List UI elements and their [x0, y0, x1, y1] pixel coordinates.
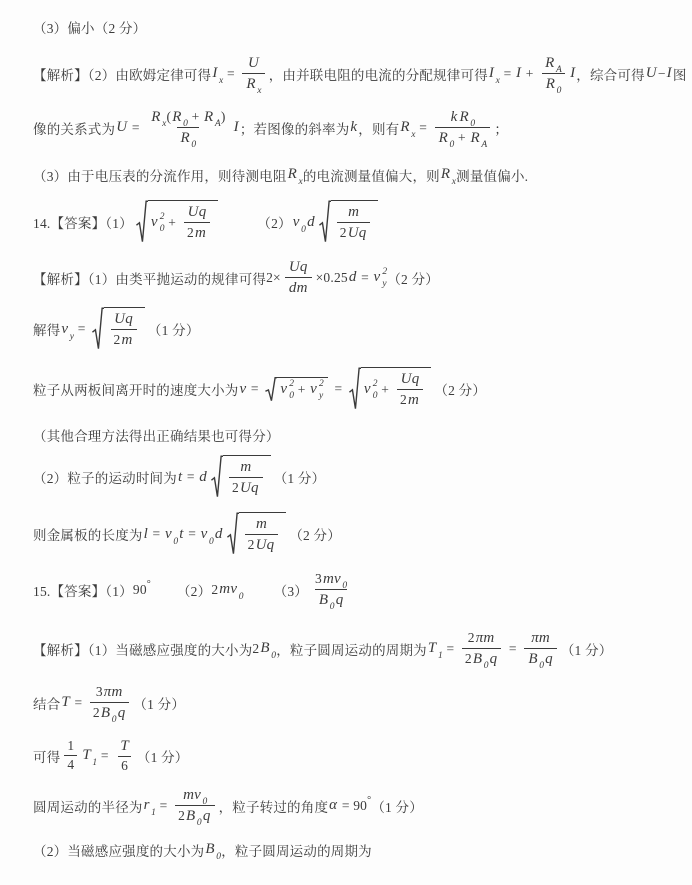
text-run: （3）由于电压表的分流作用，则待测电阻 [33, 165, 287, 185]
math-subscripted-variable: Rx [399, 119, 415, 136]
math-variable: Uq [113, 310, 134, 328]
math-subscripted-variable: B0 [527, 650, 544, 668]
q13-analysis-part2: 【解析】（2）由欧姆定律可得Ix = URx，由并联电阻的电流的分配规律可得Ix… [33, 53, 676, 94]
q15-answer: 15.【答案】（1）90°（2）2mv0（3）3mv0B0q [33, 569, 676, 610]
text-run: 则金属板的长度为 [33, 524, 143, 544]
math-fraction: m2Uq [337, 202, 371, 243]
math-variable: I [569, 65, 576, 82]
text-run: = [183, 469, 198, 485]
math-variable: I [666, 65, 673, 82]
math-fraction: Uq2m [184, 202, 211, 243]
text-run: + [188, 109, 203, 125]
math-variable: Uq [187, 203, 208, 221]
radical-sign-icon [319, 200, 331, 244]
math-fraction: 2πm2B0q [462, 628, 501, 669]
math-variable: Uq [400, 370, 421, 388]
text-run: ×0.25 [316, 270, 348, 286]
math-subscripted-variable: Ix [488, 65, 500, 82]
math-subscripted-variable: B0 [185, 807, 202, 825]
q13-part3-answer: （3）偏小（2 分） [33, 16, 676, 37]
text-run: 2 [248, 537, 255, 553]
math-subscripted-variable: R0 [459, 108, 476, 126]
text-run: 的电流测量值偏大，则 [303, 165, 440, 185]
math-subscripted-variable: vy [60, 321, 74, 338]
q15-part2-intro: （2）当磁感应强度的大小为B0，粒子圆周运动的周期为 [33, 839, 676, 860]
text-run: 1 [67, 738, 74, 754]
math-variable: m [407, 391, 420, 409]
math-variable: d [348, 269, 358, 286]
math-variable: d [306, 214, 316, 231]
text-run: = [156, 798, 171, 814]
text-run: （2）当磁感应强度的大小为 [33, 840, 204, 860]
math-variable: m [239, 458, 252, 476]
text-run: 【解析】（1）当磁感应强度的大小为 [33, 639, 252, 659]
math-fraction: Uq2m [110, 309, 137, 350]
text-run: （其他合理方法得出正确结果也可得分） [33, 425, 280, 445]
math-variable: T [60, 694, 71, 711]
math-variable: k [450, 108, 459, 126]
math-fraction: T6 [116, 736, 133, 775]
math-subscripted-variable: Rx [245, 75, 261, 93]
math-variable: q [202, 807, 212, 825]
math-sqrt: m2Uq [227, 512, 287, 556]
text-run: ，综合可得 [576, 64, 645, 84]
math-fraction: m2Uq [245, 514, 279, 555]
math-variable: I [233, 119, 240, 136]
text-run: + [294, 382, 309, 398]
math-sqrt: Uq2m [92, 307, 145, 351]
q15-combine-period: 结合T = 3πm2B0q（1 分） [33, 682, 676, 723]
gap [244, 589, 274, 590]
math-variable: U [115, 119, 128, 136]
gap [151, 589, 177, 590]
math-sub-sup-variable: v20 [363, 379, 378, 401]
text-run: 2 [114, 332, 121, 348]
gap [221, 222, 257, 223]
radical-sign-icon [265, 377, 277, 402]
text-run: （1 分） [371, 796, 423, 816]
math-sub-sup-variable: v2y [309, 379, 324, 401]
math-variable: πm [530, 629, 551, 647]
math-subscripted-variable: v0 [292, 214, 306, 231]
math-variable: Uq [255, 536, 276, 554]
radical-sign-icon [136, 200, 148, 244]
text-run: = [358, 270, 373, 286]
q14-solve-vy: 解得vy = Uq2m（1 分） [33, 307, 676, 351]
text-run: 2 [93, 705, 100, 721]
math-variable: dm [288, 279, 309, 297]
text-run: 2 [400, 392, 407, 408]
math-subscripted-variable: T1 [81, 747, 97, 764]
math-fraction: Uqdm [285, 257, 312, 298]
math-fraction: Rx(R0 + RA)R0 [147, 107, 228, 148]
math-variable: πm [103, 683, 124, 701]
text-run: （2） [257, 212, 291, 232]
radical-sign-icon [92, 307, 104, 351]
answer-key-document-page: （3）偏小（2 分） 【解析】（2）由欧姆定律可得Ix = URx，由并联电阻的… [0, 0, 692, 885]
text-run: + [454, 130, 469, 146]
math-subscripted-variable: B0 [204, 841, 221, 858]
text-run: = [128, 120, 143, 136]
math-fraction: 3πm2B0q [90, 682, 129, 723]
math-superscript: ° [367, 795, 371, 806]
text-run: 90 [133, 582, 147, 598]
math-fraction: m2Uq [229, 457, 263, 498]
text-run: 可得 [33, 746, 60, 766]
math-fraction: RAR0 [541, 53, 565, 94]
math-fraction: πmB0q [524, 628, 557, 669]
text-run: = [416, 120, 431, 136]
text-run: 3 [96, 684, 103, 700]
math-sub-sup-variable: v20 [279, 379, 294, 401]
math-subscripted-variable: T1 [427, 640, 443, 657]
text-run: （2 分） [434, 379, 486, 399]
math-variable: Uq [239, 479, 260, 497]
q14-part2-motion-time: （2）粒子的运动时间为t = dm2Uq（1 分） [33, 455, 676, 499]
math-sqrt: v20 + Uq2m [349, 367, 432, 411]
text-run: + [378, 382, 393, 398]
math-subscripted-variable: mv0 [218, 581, 243, 598]
math-variable: Uq [347, 224, 368, 242]
text-run: （2 分） [289, 524, 341, 544]
text-run: = [331, 381, 346, 397]
math-fraction: mv02B0q [175, 785, 214, 826]
math-fraction: Uq2m [397, 369, 424, 410]
math-sqrt: m2Uq [211, 455, 271, 499]
text-run: 2 [211, 582, 218, 598]
text-run: （3） [274, 580, 308, 600]
q14-plate-length: 则金属板的长度为l = v0t = v0dm2Uq（2 分） [33, 512, 676, 556]
text-run: = [185, 526, 200, 542]
text-run: （1 分） [133, 693, 185, 713]
text-run: （1 分） [561, 639, 613, 659]
text-run: 圆周运动的半径为 [33, 796, 143, 816]
math-sub-sup-variable: v20 [150, 212, 165, 234]
text-run: 6 [121, 758, 128, 774]
radical-sign-icon [211, 455, 223, 499]
math-variable: T [119, 737, 130, 755]
math-variable: U [247, 54, 260, 72]
math-fraction: 3mv0B0q [312, 569, 350, 610]
radical-sign-icon [227, 512, 239, 556]
math-variable: q [544, 650, 554, 668]
text-run: （3）偏小（2 分） [33, 17, 146, 37]
text-run: 4 [67, 757, 74, 773]
math-subscripted-variable: Rx [287, 166, 303, 183]
text-run: （2） [177, 580, 211, 600]
text-run: ，由并联电阻的电流的分配规律可得 [269, 64, 488, 84]
math-subscripted-variable: B0 [472, 650, 489, 668]
math-variable: q [489, 650, 499, 668]
q13-analysis-part2-continued: 像的关系式为U = Rx(R0 + RA)R0I；若图像的斜率为k，则有Rx =… [33, 107, 676, 148]
text-run: = [443, 641, 458, 657]
math-superscript: ° [147, 579, 151, 590]
q13-analysis-part3: （3）由于电压表的分流作用，则待测电阻Rx的电流测量值偏大，则Rx测量值偏小. [33, 164, 676, 185]
text-run: + [165, 215, 180, 231]
math-variable: α [328, 797, 338, 814]
q15-quarter-period-relation: 可得14T1 = T6（1 分） [33, 736, 676, 775]
math-fraction: URx [242, 53, 264, 94]
text-run: 【解析】（2）由欧姆定律可得 [33, 64, 211, 84]
text-run: 解得 [33, 319, 60, 339]
text-run: − [658, 66, 666, 82]
math-variable: Uq [288, 258, 309, 276]
math-subscripted-variable: B0 [100, 704, 117, 722]
text-run: 14.【答案】（1） [33, 212, 133, 232]
q14-alternative-note: （其他合理方法得出正确结果也可得分） [33, 424, 676, 445]
text-run: （1 分） [137, 746, 189, 766]
math-subscripted-variable: v0 [200, 526, 214, 543]
text-run: 2 [252, 641, 259, 657]
text-run: 2 [187, 225, 194, 241]
text-run: 2 [340, 225, 347, 241]
text-run: 测量值偏小. [456, 165, 528, 185]
text-run: = [500, 66, 515, 82]
text-run: ，则有 [358, 118, 399, 138]
math-variable: U [645, 65, 658, 82]
text-run: 2 [178, 808, 185, 824]
q15-analysis-part1-period: 【解析】（1）当磁感应强度的大小为2B0，粒子圆周运动的周期为T1 = 2πm2… [33, 628, 676, 669]
math-subscripted-variable: r1 [143, 797, 157, 814]
math-variable: d [198, 469, 208, 486]
math-subscripted-variable: R0 [545, 75, 562, 93]
math-subscripted-variable: R0 [180, 129, 197, 147]
text-run: 15.【答案】（1） [33, 580, 133, 600]
text-run: = [71, 695, 86, 711]
text-run: = [247, 381, 262, 397]
text-run: （2 分） [387, 268, 439, 288]
text-run: 90 [353, 798, 367, 814]
math-variable: m [194, 224, 207, 242]
math-subscripted-variable: RA [544, 54, 562, 72]
q15-radius-and-angle: 圆周运动的半径为r1 = mv02B0q，粒子转过的角度α = 90°（1 分） [33, 785, 676, 826]
math-variable: πm [475, 629, 496, 647]
text-run: 结合 [33, 693, 60, 713]
math-subscripted-variable: RA [469, 129, 487, 147]
text-run: ，粒子圆周运动的周期为 [276, 639, 427, 659]
math-subscripted-variable: R0 [438, 129, 455, 147]
text-run: 2× [266, 270, 281, 286]
text-run: （1 分） [148, 319, 200, 339]
math-subscripted-variable: Rx [150, 108, 166, 126]
math-sqrt: v20 + Uq2m [136, 200, 219, 244]
text-run: ，粒子转过的角度 [219, 796, 329, 816]
math-variable: m [255, 515, 268, 533]
text-run: = [223, 66, 238, 82]
text-run: ，粒子圆周运动的周期为 [221, 840, 372, 860]
text-run: + [522, 66, 537, 82]
text-run: （2）粒子的运动时间为 [33, 467, 177, 487]
text-run: 3 [315, 571, 322, 587]
text-run: 粒子从两板间离开时的速度大小为 [33, 379, 239, 399]
math-variable: k [349, 119, 358, 136]
q14-analysis-part1: 【解析】（1）由类平抛运动的规律可得2×Uqdm×0.25d = v2y（2 分… [33, 257, 676, 298]
text-run: 像的关系式为 [33, 118, 115, 138]
math-sqrt: m2Uq [319, 200, 379, 244]
math-subscripted-variable: mv0 [182, 786, 207, 804]
math-subscripted-variable: R0 [171, 108, 188, 126]
math-subscripted-variable: B0 [318, 591, 335, 609]
text-run: 2 [465, 651, 472, 667]
text-run: 图 [673, 64, 687, 84]
math-subscripted-variable: mv0 [322, 570, 347, 588]
text-run: 【解析】（1）由类平抛运动的规律可得 [33, 268, 266, 288]
text-run: ；若图像的斜率为 [240, 118, 350, 138]
math-sub-sup-variable: v2y [373, 267, 388, 289]
math-fraction: 14 [64, 737, 77, 774]
math-subscripted-variable: v0 [164, 526, 178, 543]
text-run: ) [221, 109, 226, 125]
math-variable: v [239, 381, 248, 398]
q14-answer: 14.【答案】（1）v20 + Uq2m（2）v0dm2Uq [33, 200, 676, 244]
math-fraction: kR0R0 + RA [435, 107, 491, 148]
text-run: （1 分） [274, 467, 326, 487]
text-run: ； [494, 118, 508, 138]
text-run: 2 [232, 480, 239, 496]
math-subscripted-variable: RA [203, 108, 221, 126]
math-variable: m [347, 203, 360, 221]
math-variable: q [335, 591, 345, 609]
text-run: = [149, 526, 164, 542]
text-run: 2 [468, 630, 475, 646]
math-subscripted-variable: B0 [259, 640, 276, 657]
text-run: = [338, 798, 353, 814]
math-variable: I [515, 65, 522, 82]
math-variable: m [120, 331, 133, 349]
math-variable: d [214, 526, 224, 543]
q14-exit-speed: 粒子从两板间离开时的速度大小为v = v20 + v2y = v20 + Uq2… [33, 367, 676, 411]
math-subscripted-variable: Rx [440, 166, 456, 183]
math-sqrt: v20 + v2y [265, 377, 328, 402]
text-run: = [97, 748, 112, 764]
text-run: = [505, 641, 520, 657]
text-run: = [74, 321, 89, 337]
radical-sign-icon [349, 367, 361, 411]
math-variable: q [117, 704, 127, 722]
math-subscripted-variable: Ix [211, 65, 223, 82]
